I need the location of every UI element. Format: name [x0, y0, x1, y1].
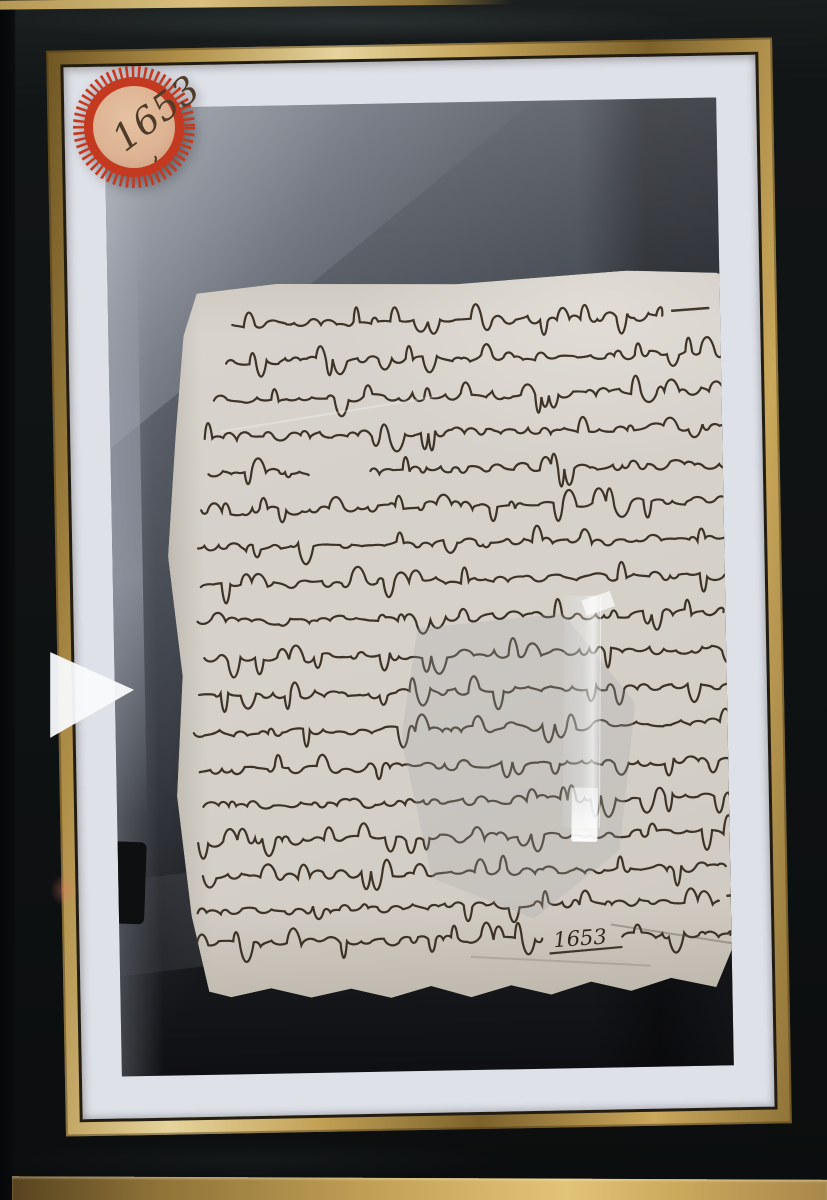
picture-frame-inner: 1653	[46, 37, 792, 1136]
backing-board: 1653	[104, 97, 734, 1076]
framed-manuscript-photo: 1653 1653	[0, 0, 827, 1200]
frame-outer-gold-edge-bottom	[12, 1176, 827, 1200]
glass-reflection-pink-smudge	[50, 874, 78, 906]
tape-shine	[571, 788, 598, 842]
manuscript-paper: 1653	[156, 264, 734, 1011]
year-seal: 1653	[71, 64, 197, 190]
seal-ink-mark	[155, 156, 156, 162]
